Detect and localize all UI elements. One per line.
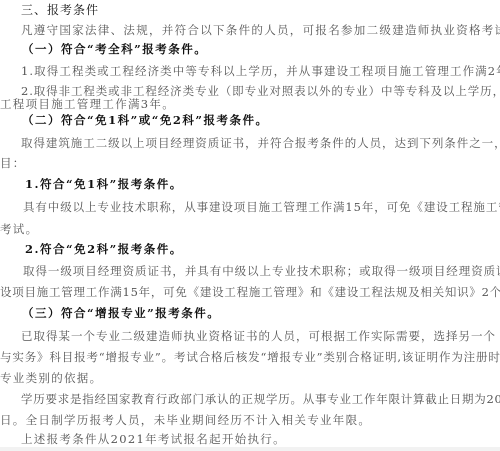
exemption-intro-line1: 取得建筑施工二级以上项目经理资质证书，并符合报考条件的人员，达到下列条件之一，可…	[21, 136, 500, 150]
additional-major-text-line2: 与实务》科目报考“增报专业”。考试合格后核发“增报专业”类别合格证明,该证明作为…	[0, 350, 500, 364]
exemption-2-heading: 2.符合“免2科”报考条件。	[25, 242, 183, 256]
condition-item-2-line2: 工程项目施工管理工作满3年。	[0, 97, 175, 111]
exemption-2-text-line1: 取得一级项目经理资质证书，并具有中级以上专业技术职称；或取得一级项目经理资质证书…	[23, 264, 500, 278]
subsection-heading-2: （二）符合“免1科”或“免2科”报考条件。	[22, 113, 268, 127]
additional-major-text-line3: 专业类别的依据。	[0, 371, 102, 385]
page-bottom-divider	[0, 447, 500, 451]
exemption-1-heading: 1.符合“免1科”报考条件。	[25, 177, 183, 191]
additional-major-text-line1: 已取得某一个专业二级建造师执业资格证书的人员，可根据工作实际需要，选择另一个《专…	[21, 329, 500, 343]
exemption-1-text-line1: 具有中级以上专业技术职称，从事建设项目施工管理工作满15年，可免《建设工程施工管…	[23, 200, 500, 214]
subsection-heading-1: （一）符合“考全科”报考条件。	[22, 42, 207, 56]
exemption-1-text-line2: 考试。	[0, 222, 38, 236]
section-title: 三、报考条件	[21, 3, 99, 17]
condition-item-2-line1: 2.取得非工程类或非工程经济类专业（即专业对照表以外的专业）中等专科及以上学历，…	[21, 84, 500, 98]
subsection-heading-3: （三）符合“增报专业”报考条件。	[22, 306, 220, 320]
note-education-line2: 日。全日制学历报考人员，未毕业期间经历不计入相关专业年限。	[0, 413, 371, 427]
exemption-intro-line2: 目：	[0, 156, 26, 170]
note-effective-date: 上述报考条件从2021年考试报名起开始执行。	[21, 432, 286, 446]
exemption-2-text-line2: 设项目施工管理工作满15年，可免《建设工程施工管理》和《建设工程法规及相关知识》…	[0, 285, 500, 299]
note-education-line1: 学历要求是指经国家教育行政部门承认的正规学历。从事专业工作年限计算截止日期为20…	[21, 392, 500, 406]
condition-item-1: 1.取得工程类或工程经济类中等专科以上学历，并从事建设工程项目施工管理工作满2年…	[21, 64, 500, 78]
intro-paragraph: 凡遵守国家法律、法规，并符合以下条件的人员，可报名参加二级建造师执业资格考试。	[21, 23, 500, 37]
